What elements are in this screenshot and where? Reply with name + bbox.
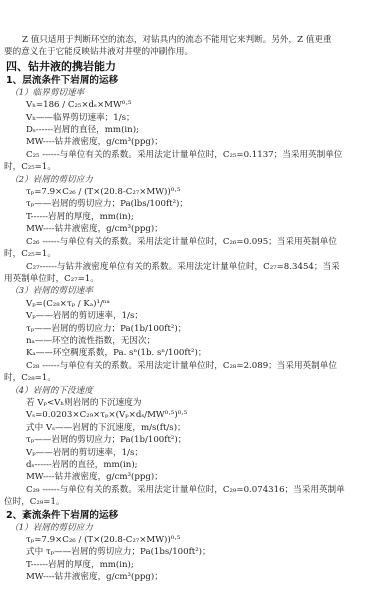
definition-line: MW----钻井液密度，g/cm³(ppg)； bbox=[4, 223, 373, 235]
definition-line: 式中 Vₛ——岩屑的下沉速度，m/s(ft/s)； bbox=[4, 422, 373, 434]
definition-line: nₐ——环空的流性指数，无因次； bbox=[4, 335, 373, 347]
definition-line: τₚ——岩屑的剪切应力；Pa(1b/100ft²)； bbox=[4, 434, 373, 446]
formula-line: Vₚ=(C₂₈×τₚ / Kₐ)¹/ⁿᵃ bbox=[4, 298, 373, 310]
definition-line: 用英制单位时，C₂₇=1。 bbox=[4, 273, 373, 285]
section-content: 1、层流条件下岩屑的运移（1）临界剪切速率Vₕ=186 / C₂₅×dₛ×MW⁰… bbox=[4, 74, 373, 584]
formula-line: 若 Vₚ<Vₕ则岩屑的下沉速度为 bbox=[4, 397, 373, 409]
definition-line: Vₚ——岩屑的剪切速率，1/s； bbox=[4, 447, 373, 459]
formula-line: Vₕ=186 / C₂₅×dₛ×MW⁰·⁵ bbox=[4, 99, 373, 111]
formula-line: τₚ=7.9×C₂₆ / (T×(20.8-C₂₇×MW))⁰·⁵ bbox=[4, 534, 373, 546]
subsection-title: 1、层流条件下岩屑的运移 bbox=[4, 74, 373, 87]
definition-line: 时，C₂₅=1。 bbox=[4, 248, 373, 260]
definition-line: T------岩屑的厚度，mm(in); bbox=[4, 559, 373, 571]
section-title: 四、钻井液的携岩能力 bbox=[4, 60, 373, 74]
part-heading: （2）岩屑的剪切应力 bbox=[4, 174, 373, 186]
definition-line: Kₐ——环空稠度系数，Pa. sⁿ(1b. sⁿ/100ft²)； bbox=[4, 347, 373, 359]
subsection-title: 2、紊流条件下岩屑的运移 bbox=[4, 509, 373, 522]
document-page: Z 值只适用于判断环空的流态，对钻具内的流态不能用它来判断。另外，Z 值更重 要… bbox=[0, 0, 377, 584]
definition-line: Vₕ——临界剪切速率；1/s； bbox=[4, 112, 373, 124]
definition-line: τₚ——岩屑的剪切应力；Pa(1b/100ft²)； bbox=[4, 323, 373, 335]
definition-line: C₂₇------与钻井液密度单位有关的系数。采用法定计量单位时，C₂₇=8.3… bbox=[4, 261, 373, 273]
definition-line: Vₚ——岩屑的剪切速率，1/s； bbox=[4, 310, 373, 322]
part-heading: （4）岩屑的下没速度 bbox=[4, 385, 373, 397]
definition-line: MW----钻井液密度，g/cm³(ppg)； bbox=[4, 571, 373, 583]
definition-line: 式中 τₚ——岩屑的剪切应力；Pa(1bs/100ft²)； bbox=[4, 546, 373, 558]
definition-line: T------岩屑的厚度，mm(in); bbox=[4, 211, 373, 223]
definition-line: MW----钻井液密度，g/cm³(ppg)； bbox=[4, 136, 373, 148]
part-heading: （1）岩屑的剪切应力 bbox=[4, 522, 373, 534]
definition-line: dₛ------岩屑的直径，mm(in); bbox=[4, 459, 373, 471]
definition-line: C₂₅ ------与单位有关的系数。采用法定计量单位时，C₂₅=0.1137；… bbox=[4, 149, 373, 161]
definition-line: C₂₈ ------与单位有关的系数。采用法定计量单位时，C₂₈=2.089；当… bbox=[4, 360, 373, 372]
part-heading: （3）岩屑的剪切速率 bbox=[4, 285, 373, 297]
definition-line: 时，C₂₅=1。 bbox=[4, 161, 373, 173]
definition-line: MW----钻井液密度，g/cm³(ppg)； bbox=[4, 471, 373, 483]
intro-line-2: 要的意义在于它能反映钻井液对井壁的冲刷作用。 bbox=[4, 46, 373, 58]
definition-line: τₚ——岩屑的剪切应力；Pa(lbs/100ft²)； bbox=[4, 198, 373, 210]
intro-line-1: Z 值只适用于判断环空的流态，对钻具内的流态不能用它来判断。另外，Z 值更重 bbox=[4, 34, 373, 46]
definition-line: C₂₆ ------与单位有关的系数。采用法定计量单位时，C₂₆=0.095；当… bbox=[4, 236, 373, 248]
definition-line: 位时，C₂₉=1。 bbox=[4, 496, 373, 508]
part-heading: （1）临界剪切速率 bbox=[4, 87, 373, 99]
definition-line: 时，C₂₈=1。 bbox=[4, 372, 373, 384]
definition-line: Dₛ------岩屑的直径，mm(in); bbox=[4, 124, 373, 136]
formula-line: Vₛ=0.0203×C₂₉×τₚ×(Vₚ×dₛ/MW⁰·⁵)⁰·⁵ bbox=[4, 409, 373, 421]
definition-line: C₂₉ ------与单位有关的系数。采用法定计量单位时，C₂₉=0.07431… bbox=[4, 484, 373, 496]
formula-line: τₚ=7.9×C₂₆ / (T×(20.8-C₂₇×MW))⁰·⁵ bbox=[4, 186, 373, 198]
